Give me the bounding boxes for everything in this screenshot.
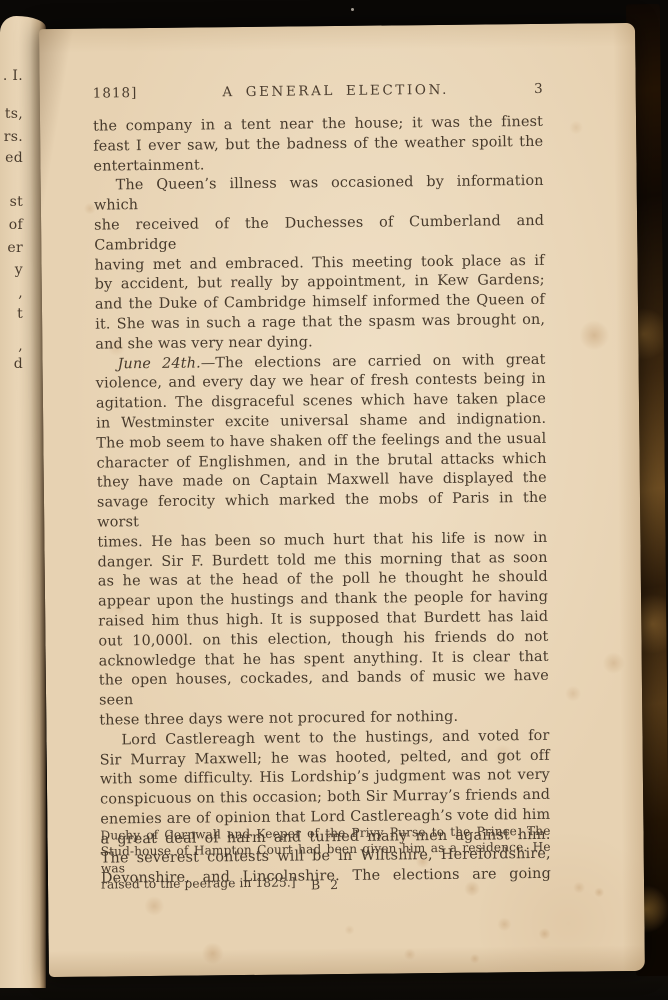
left-page-text-fragment: ts,: [5, 106, 23, 122]
date-lead-italic: June 24th.: [117, 355, 200, 372]
text-line: she received of the Duchesses of Cumberl…: [94, 212, 544, 256]
book-photograph: { "colors": { "photo_background": "#0e0b…: [0, 0, 668, 1000]
footnote-line: Stud-house of Hampton Court had been giv…: [101, 839, 551, 876]
running-header: 1818] A GENERAL ELECTION. 3: [93, 81, 543, 102]
body-text: the company in a tent near the house; it…: [93, 113, 551, 890]
left-page-text-fragment: ,: [18, 285, 23, 301]
left-page-text-fragment: d: [14, 356, 23, 372]
left-page-text-fragment: . I.: [3, 68, 23, 84]
left-page-text-fragment: rs.: [4, 129, 23, 145]
running-title: A GENERAL ELECTION.: [222, 82, 449, 100]
left-page-text-fragment: t: [17, 306, 23, 322]
book-page: 1818] A GENERAL ELECTION. 3 the company …: [39, 23, 645, 977]
facing-page-edge: . I. ts, rs. ed st of er y , t , d: [0, 16, 46, 988]
text-line: The Queen’s illness was occasioned by in…: [94, 172, 544, 216]
text-line: the open houses, cockades, and bands of …: [99, 667, 549, 711]
left-page-text-fragment: ,: [18, 338, 23, 354]
left-page-text-fragment: er: [7, 240, 23, 256]
header-year-label: 1818]: [93, 85, 138, 101]
dust-speck: [351, 8, 354, 11]
left-page-text-fragment: y: [15, 262, 23, 278]
left-page-text-fragment: st: [10, 194, 23, 210]
left-page-text-fragment: of: [9, 217, 23, 233]
date-lead-rest: —The elections are carried on with great: [201, 351, 546, 371]
page-number: 3: [534, 81, 543, 97]
text-line: savage ferocity which marked the mobs of…: [97, 489, 547, 533]
left-page-text-fragment: ed: [5, 150, 23, 166]
